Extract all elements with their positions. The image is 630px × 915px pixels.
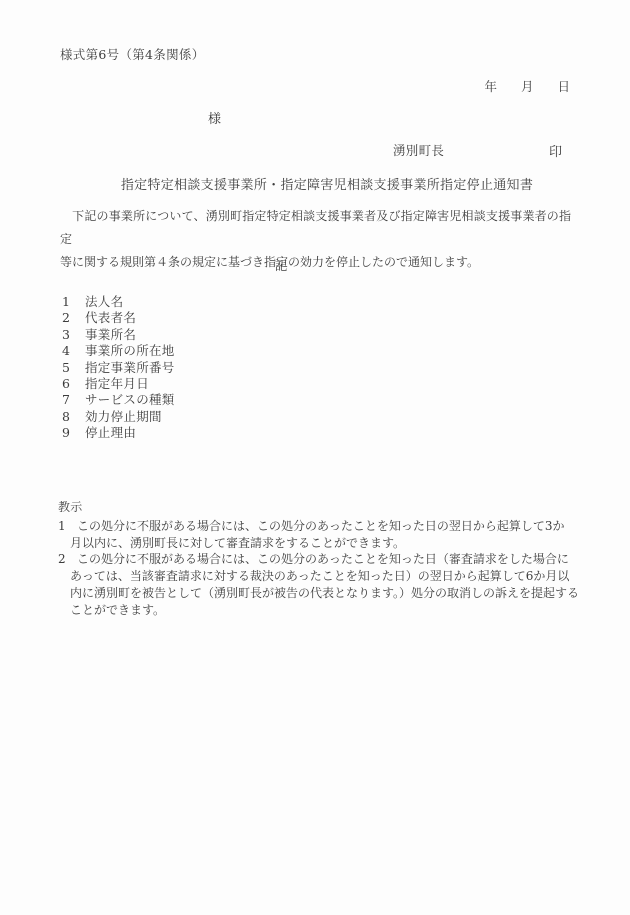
list-item: 7サービスの種類 [62, 392, 175, 408]
item-number: 2 [62, 310, 85, 326]
item-number: 8 [62, 409, 85, 425]
item-label: 事業所の所在地 [85, 343, 175, 358]
notice-text: この処分に不服がある場合には、この処分のあったことを知った日（審査請求をした場合… [77, 552, 569, 566]
notice-heading: 教示 [58, 499, 572, 516]
item-list: 1法人名 2代表者名 3事業所名 4事業所の所在地 5指定事業所番号 6指定年月… [62, 294, 175, 442]
notice-item-number: 2 [58, 551, 77, 568]
item-label: 効力停止期間 [85, 409, 162, 424]
item-label: 事業所名 [85, 327, 136, 342]
list-item: 2代表者名 [62, 310, 175, 326]
addressee-honorific: 様 [208, 108, 221, 127]
notice-line: 1この処分に不服がある場合には、この処分のあったことを知った日の翌日から起算して… [58, 518, 572, 535]
year-label: 年 [484, 77, 497, 95]
day-label: 日 [557, 77, 570, 95]
notice-line: あっては、当該審査請求に対する裁決のあったことを知った日）の翌日から起算して6か… [70, 568, 572, 585]
notice-line: 月以内に、湧別町長に対して審査請求をすることができます。 [70, 535, 572, 552]
notice-item: 1この処分に不服がある場合には、この処分のあったことを知った日の翌日から起算して… [58, 518, 572, 552]
record-marker: 記 [0, 256, 630, 274]
notice-text: この処分に不服がある場合には、この処分のあったことを知った日の翌日から起算して3… [77, 519, 565, 533]
date-line: 年 月 日 [0, 77, 570, 95]
item-number: 5 [62, 360, 85, 376]
notice-section: 教示 1この処分に不服がある場合には、この処分のあったことを知った日の翌日から起… [58, 499, 572, 619]
item-number: 1 [62, 294, 85, 310]
sender-title: 湧別町長 [393, 141, 444, 159]
item-label: サービスの種類 [85, 392, 175, 407]
notice-line: 内に湧別町を被告として（湧別町長が被告の代表となります。）処分の取消しの訴えを提… [70, 585, 572, 602]
list-item: 5指定事業所番号 [62, 360, 175, 376]
item-label: 停止理由 [85, 425, 136, 440]
notice-line: 2この処分に不服がある場合には、この処分のあったことを知った日（審査請求をした場… [58, 551, 572, 568]
item-label: 法人名 [85, 294, 123, 309]
item-number: 7 [62, 392, 85, 408]
list-item: 4事業所の所在地 [62, 343, 175, 359]
item-number: 9 [62, 425, 85, 441]
form-number: 様式第6号（第4条関係） [60, 45, 205, 63]
notice-item: 2この処分に不服がある場合には、この処分のあったことを知った日（審査請求をした場… [58, 551, 572, 618]
list-item: 1法人名 [62, 294, 175, 310]
item-number: 4 [62, 343, 85, 359]
seal-mark: 印 [549, 141, 562, 160]
item-number: 3 [62, 327, 85, 343]
document-title: 指定特定相談支援事業所・指定障害児相談支援事業所指定停止通知書 [0, 174, 630, 193]
list-item: 3事業所名 [62, 327, 175, 343]
item-label: 指定年月日 [85, 376, 149, 391]
list-item: 6指定年月日 [62, 376, 175, 392]
notice-item-number: 1 [58, 518, 77, 535]
item-label: 指定事業所番号 [85, 360, 175, 375]
item-label: 代表者名 [85, 310, 136, 325]
document-page: 様式第6号（第4条関係） 年 月 日 様 湧別町長 印 指定特定相談支援事業所・… [0, 0, 630, 915]
list-item: 9停止理由 [62, 425, 175, 441]
item-number: 6 [62, 376, 85, 392]
notice-line: ことができます。 [70, 602, 572, 619]
body-line: 下記の事業所について、湧別町指定特定相談支援事業者及び指定障害児相談支援事業者の… [60, 205, 571, 251]
list-item: 8効力停止期間 [62, 409, 175, 425]
month-label: 月 [521, 77, 534, 95]
